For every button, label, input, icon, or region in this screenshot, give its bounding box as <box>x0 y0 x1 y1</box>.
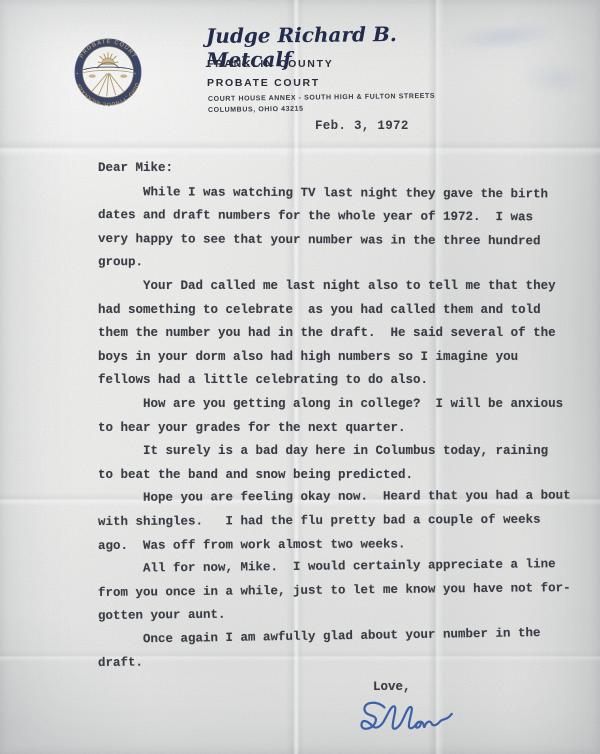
seal-star-right-icon: ★ <box>134 71 137 76</box>
letter-line: with shingles. I had the flu pretty bad … <box>98 508 578 534</box>
letter-date: Feb. 3, 1972 <box>315 119 409 133</box>
horizontal-fold-crease <box>0 140 600 156</box>
letter-line: While I was watching TV last night they … <box>98 181 578 207</box>
ink-smudge <box>520 62 590 96</box>
letter-line: had something to celebrate as you had ca… <box>98 299 578 323</box>
letter-body: Dear Mike:While I was watching TV last n… <box>98 157 578 676</box>
letter-line: Dear Mike: <box>98 157 578 181</box>
letter-line: them the number you had in the draft. He… <box>98 322 578 346</box>
letter-line: draft. <box>98 647 578 676</box>
letterhead-county: FRANKLIN COUNTY <box>207 58 333 70</box>
letter-line: to beat the band and snow being predicte… <box>98 464 578 488</box>
letter-line: to hear your grades for the next quarter… <box>98 417 578 441</box>
letter-line: group. <box>98 251 578 277</box>
letter-line: Your Dad called me last night also to te… <box>98 275 578 299</box>
letterhead-court: PROBATE COURT <box>207 77 320 89</box>
letterhead-address-line1: COURT HOUSE ANNEX - SOUTH HIGH & FULTON … <box>208 93 435 103</box>
letter-line: How are you getting along in college? I … <box>98 393 578 417</box>
seal-star-left-icon: ★ <box>76 71 79 76</box>
letter-line: fellows had a little celebrating to do a… <box>98 369 578 393</box>
letter-line: Hope you are feeling okay now. Heard tha… <box>98 485 578 511</box>
seal-sunrise-landscape-art <box>84 53 133 96</box>
letter-photo: PROBATE COURT OIHO ,YTNUOC NILKNARF ★ ★ … <box>0 0 600 754</box>
letter-line: very happy to see that your number was i… <box>98 228 578 254</box>
letter-line: It surely is a bad day here in Columbus … <box>98 440 578 464</box>
letter-line: dates and draft numbers for the whole ye… <box>98 204 578 230</box>
signature-path <box>360 699 452 731</box>
signature-ellen <box>351 694 459 745</box>
letterhead-address-line2: COLUMBUS, OHIO 43215 <box>208 106 304 114</box>
letter-line: boys in your dorm also had high numbers … <box>98 346 578 370</box>
probate-court-seal-icon: PROBATE COURT OIHO ,YTNUOC NILKNARF ★ ★ <box>73 37 143 107</box>
